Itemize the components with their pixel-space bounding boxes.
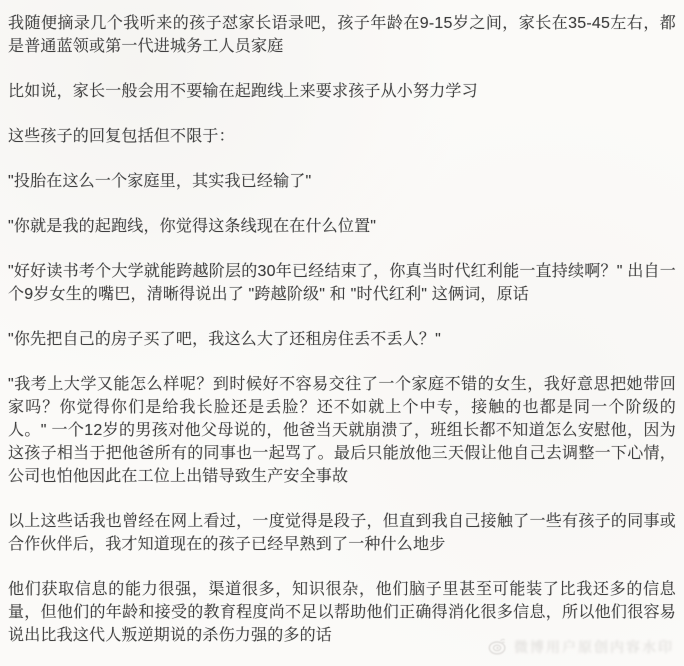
paragraph: "投胎在这么一个家庭里，其实我已经输了" xyxy=(8,170,676,193)
paragraph: 他们获取信息的能力很强，渠道很多，知识很杂，他们脑子里甚至可能装了比我还多的信息… xyxy=(8,578,676,647)
paragraph: 以上这些话我也曾经在网上看过，一度觉得是段子，但直到我自己接触了一些有孩子的同事… xyxy=(8,510,676,556)
post-screenshot: 我随便摘录几个我听来的孩子怼家长语录吧，孩子年龄在9-15岁之间，家长在35-4… xyxy=(0,0,684,666)
paragraph: 比如说，家长一般会用不要输在起跑线上来要求孩子从小努力学习 xyxy=(8,80,676,103)
paragraph: "你先把自己的房子买了吧，我这么大了还租房住丢不丢人？" xyxy=(8,328,676,351)
paragraph: "你就是我的起跑线，你觉得这条线现在在什么位置" xyxy=(8,215,676,238)
paragraph-list: 我随便摘录几个我听来的孩子怼家长语录吧，孩子年龄在9-15岁之间，家长在35-4… xyxy=(8,12,676,647)
paragraph: "我考上大学又能怎么样呢？到时候好不容易交往了一个家庭不错的女生，我好意思把她带… xyxy=(8,373,676,488)
paragraph: 我随便摘录几个我听来的孩子怼家长语录吧，孩子年龄在9-15岁之间，家长在35-4… xyxy=(8,12,676,58)
paragraph: 这些孩子的回复包括但不限于： xyxy=(8,125,676,148)
paragraph: "好好读书考个大学就能跨越阶层的30年已经结束了，你真当时代红利能一直持续啊？"… xyxy=(8,260,676,306)
